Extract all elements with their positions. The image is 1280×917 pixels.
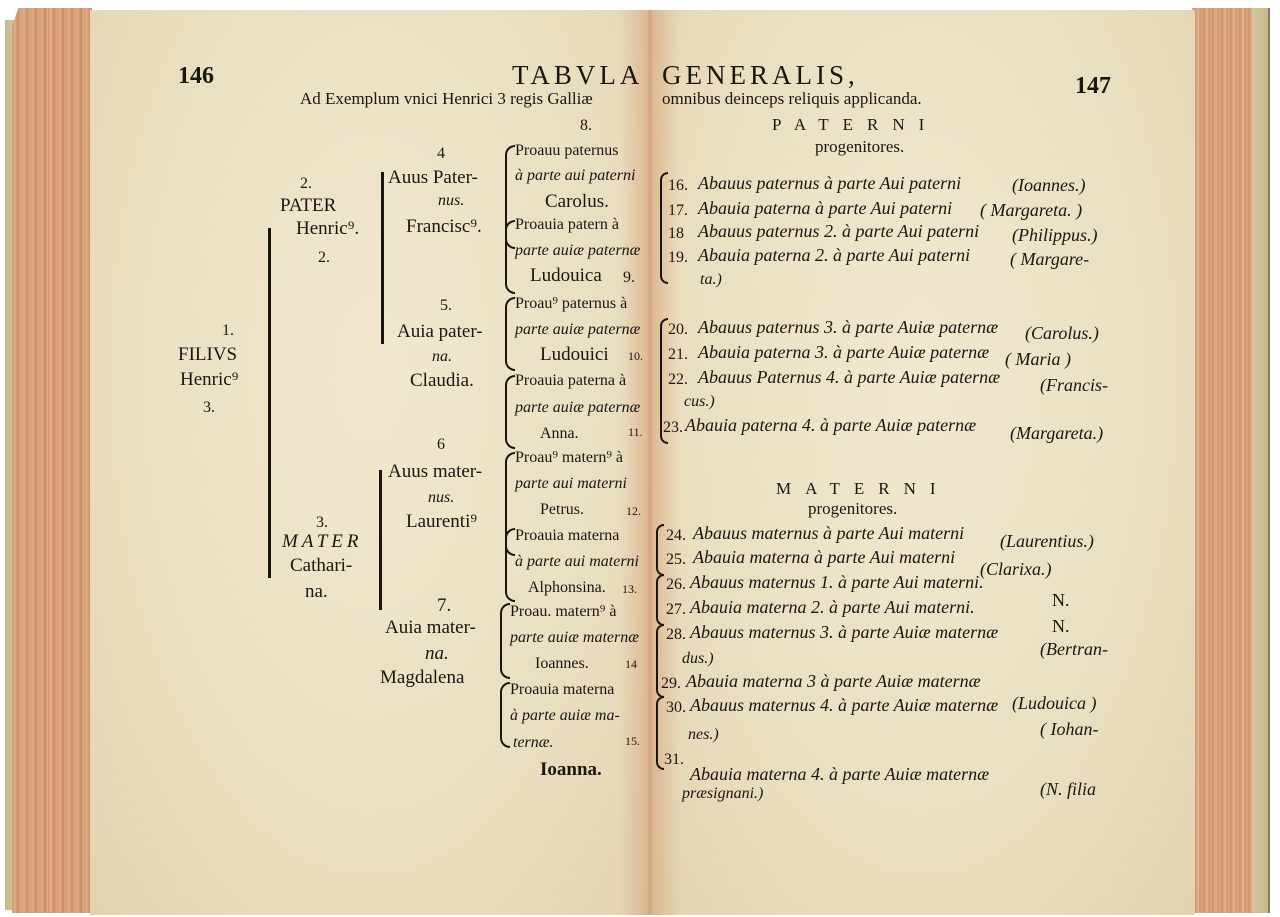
paterni-18-text: Abauus paternus 2. à parte Aui paterni [698, 222, 979, 240]
materni-31-name: (N. filia [1040, 780, 1096, 798]
brace-13 [505, 528, 515, 602]
pater-number: 2. [300, 176, 312, 192]
page-number-left: 146 [178, 64, 214, 88]
materni-25-text: Abauia materna à parte Aui materni [693, 548, 955, 566]
page-number-right: 147 [1075, 74, 1111, 98]
paterni-20-text: Abauus paternus 3. à parte Auiæ paternæ [698, 318, 998, 336]
materni-26-name: N. [1052, 591, 1070, 609]
auia-materna-label: Auia mater- [385, 618, 476, 637]
materni-27-text: Abauia materna 2. à parte Aui materni. [690, 598, 975, 616]
proauia-13-number: 13. [622, 583, 637, 595]
materni-31-cont: præsignani.) [682, 786, 763, 802]
proauus-10-name: Ludouici [540, 345, 609, 364]
proauia-9-line2: parte auiæ paternæ [515, 243, 640, 259]
materni-26-text: Abauus maternus 1. à parte Aui materni. [690, 573, 984, 591]
auus-maternus-name: Laurenti⁹ [406, 512, 477, 531]
auus-paternus-label-cont: nus. [438, 193, 464, 209]
open-book: 146 TABVLA Ad Exemplum vnici Henrici 3 r… [0, 0, 1280, 917]
paterni-16-name: (Ioannes.) [1012, 176, 1085, 194]
materni-27-name: N. [1052, 617, 1070, 635]
paterni-23-text: Abauia paterna 4. à parte Auiæ paternæ [685, 416, 976, 434]
proauus-10-line2: parte auiæ paternæ [515, 322, 640, 338]
filius-number: 1. [222, 323, 234, 339]
proauia-13-line2: à parte aui materni [515, 554, 639, 570]
mater-name: Cathari- [290, 556, 352, 575]
materni-heading: MATERNI [776, 480, 950, 497]
proauus-8-number: 8. [580, 118, 592, 134]
title-part-left: TABVLA [512, 62, 643, 89]
proauus-14-name: Ioannes. [535, 656, 589, 672]
auia-paterna-label-cont: na. [432, 349, 452, 365]
paterni-19-num: 19. [668, 250, 688, 266]
materni-31-text: Abauia materna 4. à parte Auiæ maternæ [690, 765, 989, 783]
proauia-9-number: 9. [623, 270, 635, 286]
proauus-12-number: 12. [626, 505, 641, 517]
page-fore-edge-left [12, 8, 92, 913]
paterni-21-text: Abauia paterna 3. à parte Auiæ paternæ [698, 343, 989, 361]
paterni-19-text: Abauia paterna 2. à parte Aui paterni [698, 246, 970, 264]
paterni-brace-1 [660, 172, 668, 284]
paterni-18-name: (Philippus.) [1012, 226, 1098, 244]
materni-28-text: Abauus maternus 3. à parte Auiæ maternæ [690, 623, 998, 641]
auus-maternus-label-cont: nus. [428, 490, 454, 506]
paterni-20-num: 20. [668, 322, 688, 338]
proauia-9-name: Ludouica [530, 266, 602, 285]
proauia-15-name: Ioanna. [540, 760, 602, 779]
proauia-15-line2: à parte auiæ ma- [510, 708, 620, 724]
filius-name: Henric⁹ [180, 370, 238, 389]
filius-bracket [268, 228, 271, 578]
auus-paternus-number: 4 [437, 146, 445, 162]
proauia-9-line1: Proauia patern à [515, 217, 619, 233]
mater-number: 3. [316, 515, 328, 531]
materni-brace-1 [656, 524, 664, 576]
materni-28-cont: dus.) [682, 651, 714, 667]
paterni-20-name: (Carolus.) [1025, 324, 1099, 342]
materni-31-num: 31. [664, 752, 684, 768]
pater-bracket [381, 172, 384, 344]
filius-sub: 3. [203, 400, 215, 416]
paterni-22-cont: cus.) [684, 394, 715, 410]
proauia-15-line1: Proauia materna [510, 682, 614, 698]
auus-paternus-name: Francisc⁹. [406, 217, 482, 236]
auus-maternus-number: 6 [437, 437, 445, 453]
paterni-22-text: Abauus Paternus 4. à parte Auiæ paternæ [698, 368, 1000, 386]
materni-30-name: ( Iohan- [1040, 720, 1098, 738]
paterni-23-name: (Margareta.) [1010, 424, 1103, 442]
auia-paterna-name: Claudia. [410, 371, 474, 390]
proauia-15-line3: ternæ. [513, 735, 553, 751]
proauia-13-line1: Proauia materna [515, 528, 619, 544]
pater-name: Henric⁹. [296, 219, 359, 238]
paterni-16-text: Abauus paternus à parte Aui paterni [698, 174, 961, 192]
proauus-10-line1: Proau⁹ paternus à [515, 296, 627, 312]
page-fore-edge-right [1192, 8, 1252, 913]
book-gutter [620, 10, 680, 915]
proauus-10-number: 10. [628, 350, 643, 362]
brace-9 [505, 220, 515, 294]
proauia-11-line1: Proauia paterna à [515, 373, 626, 389]
proauus-8-name: Carolus. [545, 192, 609, 211]
materni-29-num: 29. [661, 676, 681, 692]
paterni-16-num: 16. [668, 178, 688, 194]
materni-28-name: (Bertran- [1040, 640, 1108, 658]
paterni-21-num: 21. [668, 347, 688, 363]
pater-sub: 2. [318, 250, 330, 266]
brace-10 [505, 297, 515, 371]
proauus-8-line1: Proauu paternus [515, 143, 619, 159]
brace-15 [500, 682, 510, 748]
paterni-19-name: ( Margare- [1010, 250, 1089, 268]
proauus-14-number: 14 [625, 658, 637, 670]
proauia-13-name: Alphonsina. [528, 580, 606, 596]
materni-24-text: Abauus maternus à parte Aui materni [693, 524, 964, 542]
subtitle-left: Ad Exemplum vnici Henrici 3 regis Galliæ [300, 90, 593, 107]
materni-26-num: 26. [666, 577, 686, 593]
materni-29-name: (Ludouica ) [1012, 694, 1097, 712]
brace-14 [500, 603, 510, 679]
proauia-11-line2: parte auiæ paternæ [515, 400, 640, 416]
paterni-17-text: Abauia paterna à parte Aui paterni [698, 199, 952, 217]
proauus-8-line2: à parte aui paterni [515, 168, 635, 184]
materni-brace-2 [656, 574, 664, 626]
auus-maternus-label: Auus mater- [388, 462, 482, 481]
paterni-18-num: 18 [668, 226, 684, 242]
proauus-12-name: Petrus. [540, 502, 584, 518]
auus-paternus-label: Auus Pater- [388, 168, 478, 187]
proauus-12-line1: Proau⁹ matern⁹ à [515, 450, 623, 466]
materni-25-num: 25. [666, 552, 686, 568]
proauia-15-number: 15. [625, 735, 640, 747]
paterni-17-num: 17. [668, 203, 688, 219]
materni-brace-4 [656, 696, 664, 770]
materni-24-num: 24. [666, 528, 686, 544]
mater-name-cont: na. [305, 582, 328, 601]
materni-30-num: 30. [666, 700, 686, 716]
paterni-heading: PATERNI [772, 116, 938, 133]
mater-label: MATER [282, 532, 363, 551]
auia-materna-number: 7. [437, 596, 451, 615]
paterni-17-name: ( Margareta. ) [980, 201, 1082, 219]
proauus-14-line2: parte auiæ maternæ [510, 630, 639, 646]
paterni-23-num: 23. [663, 420, 683, 436]
materni-30-text: Abauus maternus 4. à parte Auiæ maternæ [690, 696, 998, 714]
materni-29-text: Abauia materna 3 à parte Auiæ maternæ [686, 672, 981, 690]
materni-30-cont: nes.) [688, 727, 719, 743]
proauus-14-line1: Proau. matern⁹ à [510, 604, 616, 620]
materni-24-name: (Laurentius.) [1000, 532, 1094, 550]
mater-bracket [379, 470, 382, 610]
auia-paterna-label: Auia pater- [397, 322, 483, 341]
materni-subheading: progenitores. [808, 500, 897, 517]
proauia-11-name: Anna. [540, 426, 579, 442]
subtitle-right: omnibus deinceps reliquis applicanda. [662, 90, 922, 107]
paterni-21-name: ( Maria ) [1005, 350, 1071, 368]
auia-paterna-number: 5. [440, 298, 452, 314]
filius-label: FILIVS [178, 345, 237, 364]
materni-25-name: (Clarixa.) [980, 560, 1052, 578]
proauia-11-number: 11. [628, 426, 643, 438]
materni-28-num: 28. [666, 627, 686, 643]
materni-27-num: 27. [666, 602, 686, 618]
auia-materna-name: Magdalena [380, 668, 464, 687]
paterni-22-num: 22. [668, 372, 688, 388]
title-part-right: GENERALIS, [662, 62, 859, 89]
paterni-22-name: (Francis- [1040, 376, 1108, 394]
paterni-subheading: progenitores. [815, 138, 904, 155]
brace-11 [505, 375, 515, 449]
pater-label: PATER [280, 196, 336, 215]
proauus-12-line2: parte aui materni [515, 476, 627, 492]
auia-materna-label-cont: na. [425, 644, 449, 663]
paterni-19-cont: ta.) [700, 272, 722, 288]
